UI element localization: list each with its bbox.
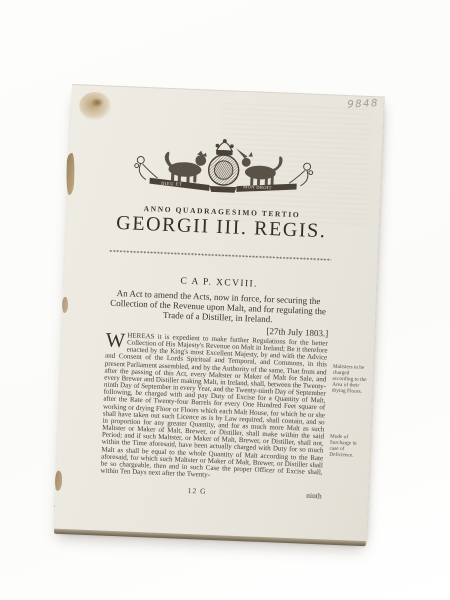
- paper-damage: [62, 297, 69, 313]
- thistle-ornament-icon: [134, 156, 158, 180]
- garter-shield-icon: [208, 155, 239, 186]
- motto-left-text: DIEU ET: [161, 181, 182, 187]
- paper-damage: [55, 471, 63, 491]
- catchword: ninth: [306, 491, 322, 501]
- photo-backdrop: 9848: [0, 0, 450, 600]
- margin-note: Mode of Surcharge in case of Deficience.: [329, 434, 367, 459]
- body-paragraph: WHEREAS it is expedient to make further …: [100, 332, 328, 484]
- crown-icon: [216, 139, 234, 155]
- drop-cap: W: [105, 332, 127, 350]
- rose-ornament-icon: [289, 162, 313, 186]
- unicorn-icon: [235, 148, 283, 188]
- paper-damage: [66, 153, 76, 195]
- document-page: 9848: [54, 84, 385, 543]
- royal-arms-engraving: DIEU ET MON DROIT: [111, 134, 335, 208]
- margin-note: Maltsters to be charged according to the…: [332, 364, 370, 395]
- signature-line: 12 G ninth: [100, 482, 322, 500]
- ornament-divider: ****************************************…: [109, 250, 331, 268]
- body-paragraph-text: HEREAS it is expedient to make further R…: [100, 331, 328, 478]
- royal-arms-icon: DIEU ET MON DROIT: [125, 134, 323, 202]
- paper-stain: [91, 98, 103, 107]
- signature-mark: 12 G: [188, 486, 207, 496]
- paper-stain: [79, 91, 112, 120]
- pencil-annotation: 9848: [347, 98, 379, 110]
- lion-icon: [164, 149, 207, 185]
